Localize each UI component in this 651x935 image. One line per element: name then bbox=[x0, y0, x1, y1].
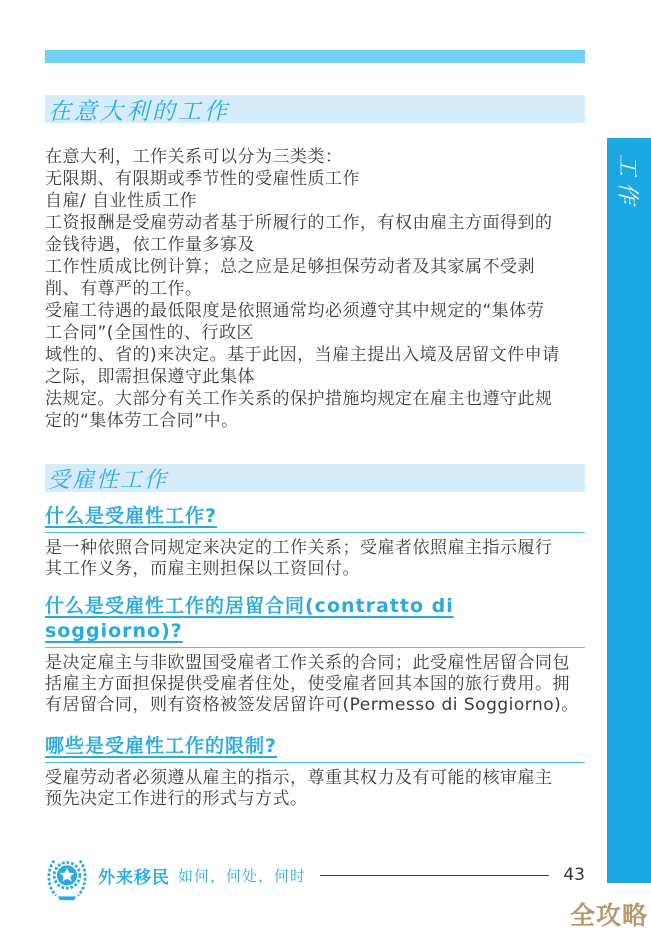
top-accent-bar bbox=[45, 50, 585, 63]
question-heading: 什么是受雇性工作的居留合同(contratto di soggiorno)? bbox=[45, 594, 585, 648]
footer-tagline: 如何，何处，何时 bbox=[178, 865, 306, 886]
page-number: 43 bbox=[563, 865, 585, 885]
qa-block-what-is-employed-work: 什么是受雇性工作? 是一种依照合同规定来决定的工作关系；受雇者依照雇主指示履行 … bbox=[45, 504, 585, 580]
chapter-side-tab: 工作 bbox=[607, 138, 651, 883]
answer-paragraph: 受雇劳动者必须遵从雇主的指示，尊重其权力及有可能的核审雇主 预先决定工作进行的形… bbox=[45, 768, 585, 810]
answer-paragraph: 是决定雇主与非欧盟国受雇者工作关系的合同；此受雇性居留合同包 括雇主方面担保提供… bbox=[45, 653, 585, 716]
question-heading: 哪些是受雇性工作的限制? bbox=[45, 734, 585, 763]
watermark-text: 全攻略 bbox=[570, 896, 648, 932]
footer-brand: 外来移民 bbox=[98, 863, 170, 888]
document-page: 在意大利的工作 在意大利，工作关系可以分为三类类： 无限期、有限期或季节性的受雇… bbox=[0, 0, 651, 935]
answer-paragraph: 是一种依照合同规定来决定的工作关系；受雇者依照雇主指示履行 其工作义务，而雇主则… bbox=[45, 538, 585, 580]
qa-block-contratto-di-soggiorno: 什么是受雇性工作的居留合同(contratto di soggiorno)? 是… bbox=[45, 594, 585, 716]
section-heading-band: 受雇性工作 bbox=[45, 464, 585, 492]
question-heading: 什么是受雇性工作? bbox=[45, 504, 585, 533]
page-title-band: 在意大利的工作 bbox=[45, 95, 585, 123]
question-heading-text: 什么是受雇性工作的居留合同(contratto di soggiorno)? bbox=[45, 595, 454, 642]
footer-rule-line bbox=[320, 875, 549, 876]
italy-state-emblem-icon bbox=[45, 855, 89, 903]
question-heading-text: 哪些是受雇性工作的限制? bbox=[45, 735, 277, 757]
page-title: 在意大利的工作 bbox=[45, 93, 230, 126]
qa-block-work-restrictions: 哪些是受雇性工作的限制? 受雇劳动者必须遵从雇主的指示，尊重其权力及有可能的核审… bbox=[45, 734, 585, 810]
section-heading: 受雇性工作 bbox=[45, 463, 168, 494]
question-heading-text: 什么是受雇性工作? bbox=[45, 505, 217, 527]
chapter-side-tab-label: 工作 bbox=[614, 154, 645, 210]
intro-paragraph: 在意大利，工作关系可以分为三类类： 无限期、有限期或季节性的受雇性质工作 自雇/… bbox=[45, 146, 597, 432]
page-footer: 外来移民 如何，何处，何时 43 bbox=[45, 851, 585, 899]
